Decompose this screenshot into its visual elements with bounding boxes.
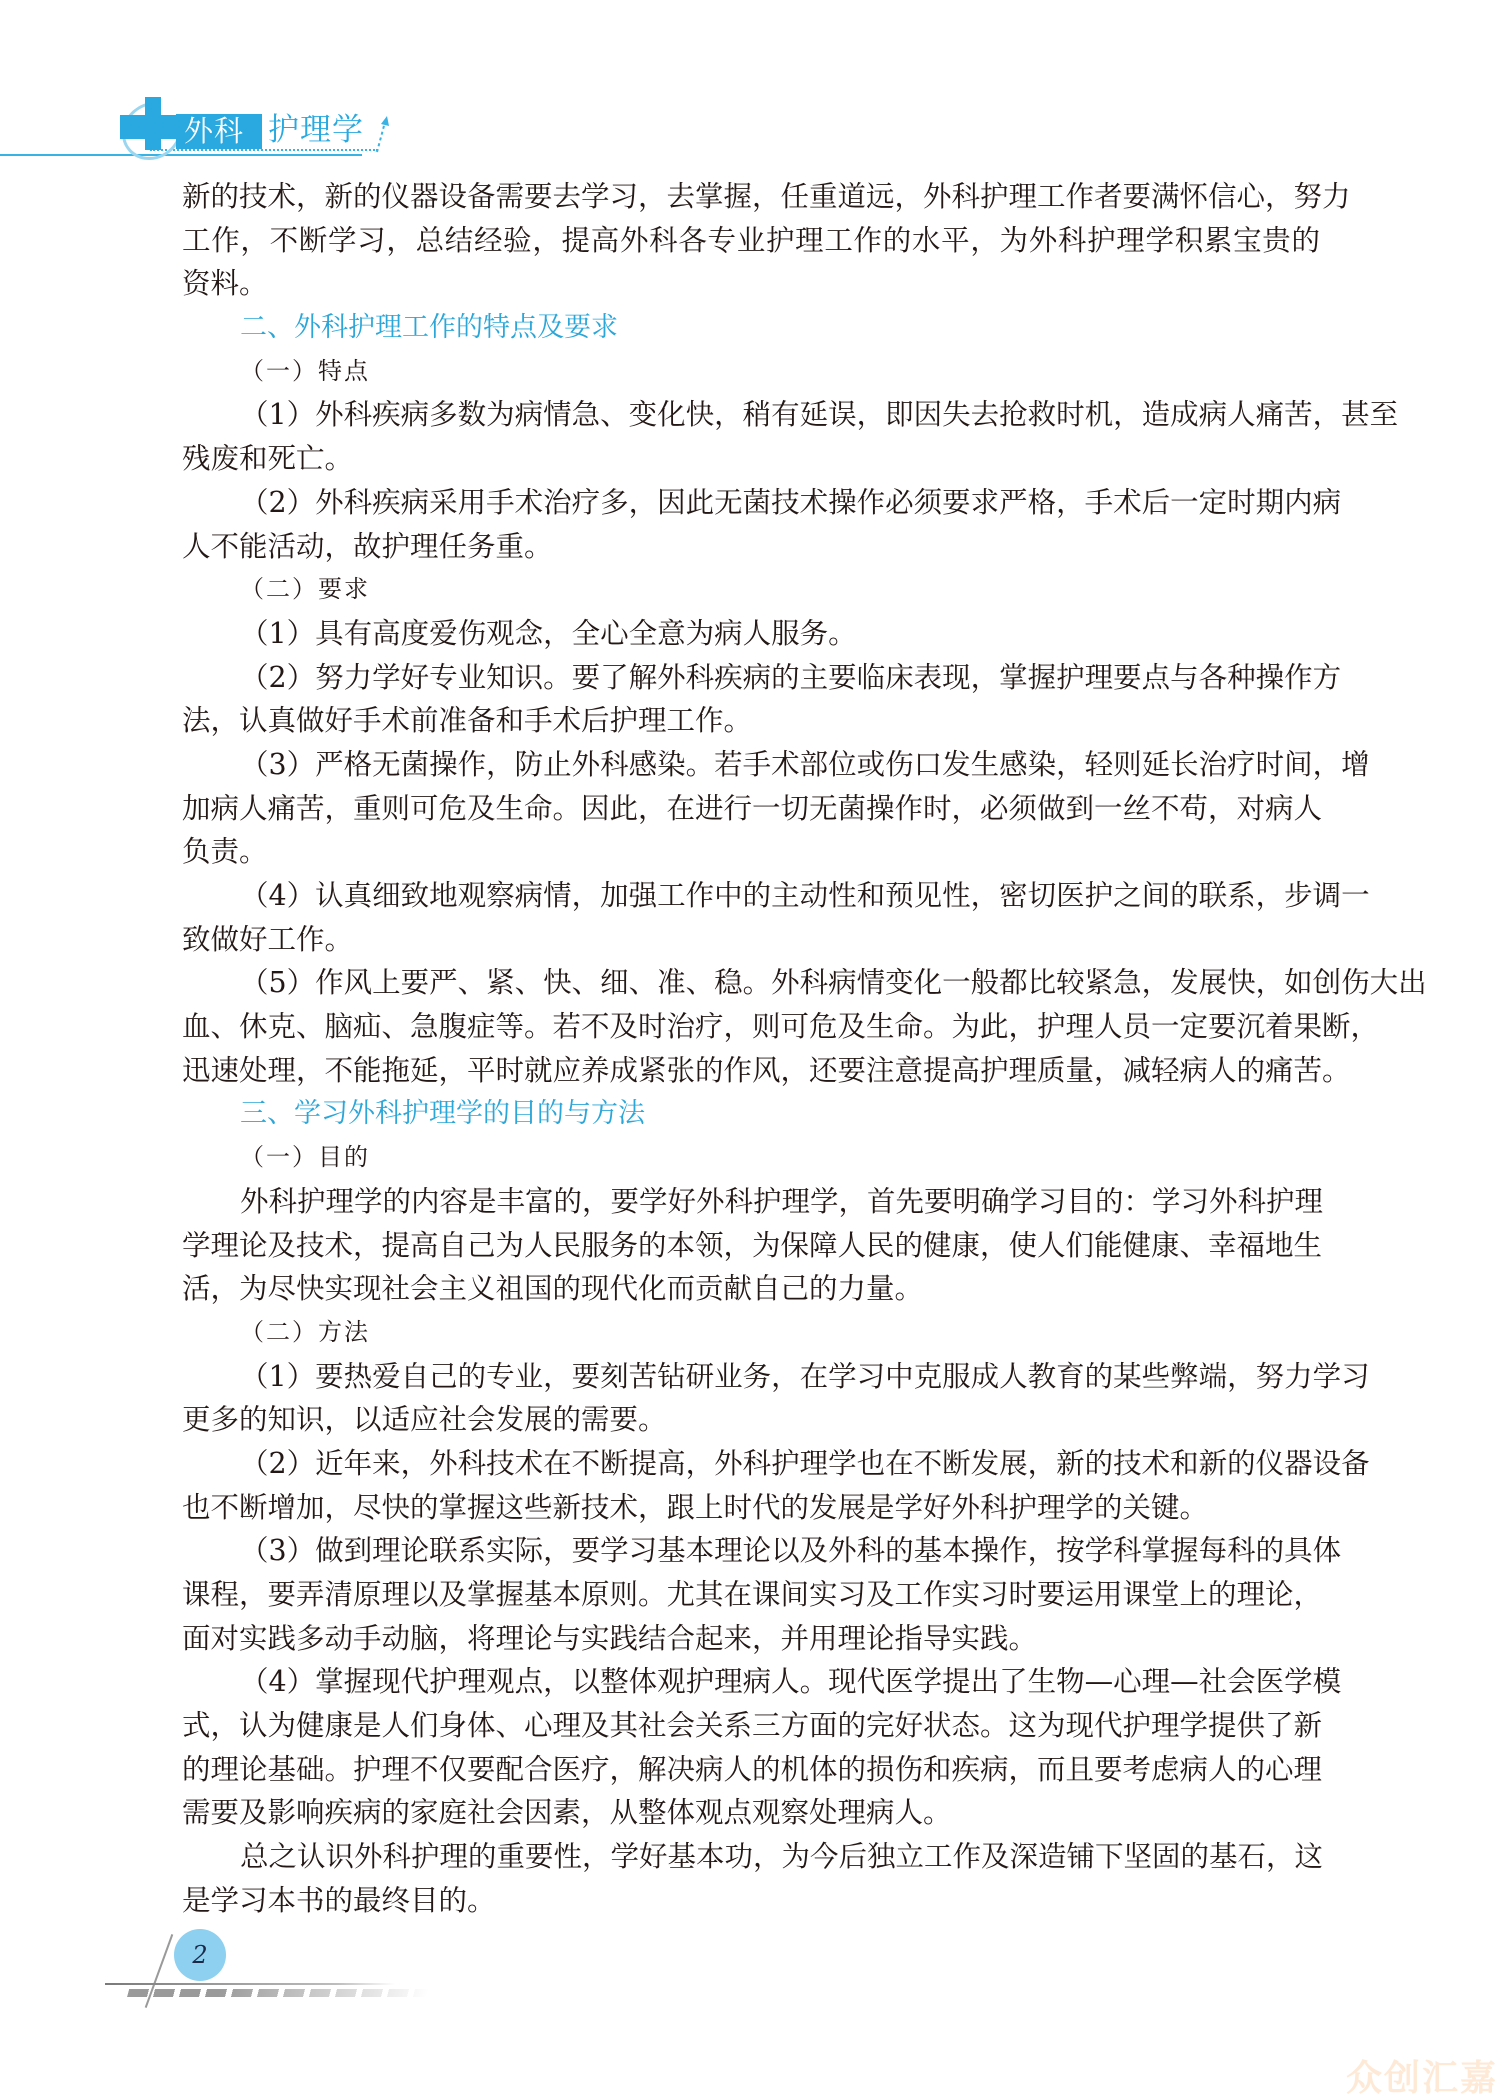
footer-rule	[105, 1983, 395, 1985]
paragraph-last-line: 是学习本书的最终目的。	[182, 1879, 1320, 1923]
paragraph-first-line: 总之认识外科护理的重要性，学好基本功，为今后独立工作及深造铺下坚固的基石，这	[182, 1835, 1320, 1879]
footer-dash-decoration	[127, 1989, 429, 1997]
paragraph-last-line: 资料。	[182, 262, 1320, 306]
text-line: 加病人痛苦，重则可危及生命。因此，在进行一切无菌操作时，必须做到一丝不苟，对病人	[182, 787, 1320, 831]
subsection-heading: （二）方法	[182, 1311, 1320, 1355]
subsection-heading: （一）目的	[182, 1136, 1320, 1180]
text-line: 课程，要弄清原理以及掌握基本原则。尤其在课间实习及工作实习时要运用课堂上的理论，	[182, 1573, 1320, 1617]
paragraph-last-line: 法，认真做好手术前准备和手术后护理工作。	[182, 699, 1320, 743]
paragraph-last-line: 残废和死亡。	[182, 437, 1320, 481]
paragraph-last-line: 面对实践多动手动脑，将理论与实践结合起来，并用理论指导实践。	[182, 1617, 1320, 1661]
page-body: 新的技术，新的仪器设备需要去学习，去掌握，任重道远，外科护理工作者要满怀信心，努…	[182, 175, 1320, 1923]
text-line: 血、休克、脑疝、急腹症等。若不及时治疗，则可危及生命。为此，护理人员一定要沉着果…	[182, 1005, 1320, 1049]
paragraph-first-line: （2）外科疾病采用手术治疗多，因此无菌技术操作必须要求严格，手术后一定时期内病	[182, 481, 1320, 525]
text-line: 工作，不断学习，总结经验，提高外科各专业护理工作的水平，为外科护理学积累宝贵的	[182, 219, 1320, 263]
paragraph-last-line: 人不能活动，故护理任务重。	[182, 525, 1320, 569]
header-rule	[0, 154, 362, 156]
section-heading: 二、外科护理工作的特点及要求	[182, 306, 1320, 350]
dotted-arrow-icon	[372, 114, 392, 154]
paragraph-first-line: （5）作风上要严、紧、快、细、准、稳。外科病情变化一般都比较紧急，发展快，如创伤…	[182, 961, 1320, 1005]
paragraph-first-line: （1）外科疾病多数为病情急、变化快，稍有延误，即因失去抢救时机，造成病人痛苦，甚…	[182, 393, 1320, 437]
paragraph-first-line: （4）认真细致地观察病情，加强工作中的主动性和预见性，密切医护之间的联系，步调一	[182, 874, 1320, 918]
paragraph-first-line: （1）具有高度爱伤观念，全心全意为病人服务。	[182, 612, 1320, 656]
paragraph-last-line: 更多的知识，以适应社会发展的需要。	[182, 1398, 1320, 1442]
paragraph-last-line: 需要及影响疾病的家庭社会因素，从整体观点观察处理病人。	[182, 1791, 1320, 1835]
running-header: 外科 护理学	[0, 0, 420, 170]
paragraph-last-line: 迅速处理，不能拖延，平时就应养成紧张的作风，还要注意提高护理质量，减轻病人的痛苦…	[182, 1049, 1320, 1093]
text-line: 式，认为健康是人们身体、心理及其社会关系三方面的完好状态。这为现代护理学提供了新	[182, 1704, 1320, 1748]
paragraph-last-line: 也不断增加，尽快的掌握这些新技术，跟上时代的发展是学好外科护理学的关键。	[182, 1486, 1320, 1530]
paragraph-first-line: （3）做到理论联系实际，要学习基本理论以及外科的基本操作，按学科掌握每科的具体	[182, 1529, 1320, 1573]
page-number: 2	[174, 1929, 226, 1981]
text-line: 学理论及技术，提高自己为人民服务的本领，为保障人民的健康，使人们能健康、幸福地生	[182, 1224, 1320, 1268]
paragraph-first-line: （4）掌握现代护理观点，以整体观护理病人。现代医学提出了生物—心理—社会医学模	[182, 1660, 1320, 1704]
paragraph-first-line: （3）严格无菌操作，防止外科感染。若手术部位或伤口发生感染，轻则延长治疗时间，增	[182, 743, 1320, 787]
text-line: 新的技术，新的仪器设备需要去学习，去掌握，任重道远，外科护理工作者要满怀信心，努…	[182, 175, 1320, 219]
paragraph-first-line: （2）努力学好专业知识。要了解外科疾病的主要临床表现，掌握护理要点与各种操作方	[182, 656, 1320, 700]
paragraph-first-line: （1）要热爱自己的专业，要刻苦钻研业务，在学习中克服成人教育的某些弊端，努力学习	[182, 1355, 1320, 1399]
paragraph-last-line: 负责。	[182, 830, 1320, 874]
paragraph-first-line: （2）近年来，外科技术在不断提高，外科护理学也在不断发展，新的技术和新的仪器设备	[182, 1442, 1320, 1486]
medical-cross-icon-bar	[120, 115, 182, 139]
paragraph-last-line: 致做好工作。	[182, 918, 1320, 962]
book-title-rest: 护理学	[268, 110, 364, 150]
section-heading: 三、学习外科护理学的目的与方法	[182, 1092, 1320, 1136]
subsection-heading: （一）特点	[182, 350, 1320, 394]
book-title-highlight: 外科	[184, 112, 244, 150]
paragraph-last-line: 活，为尽快实现社会主义祖国的现代化而贡献自己的力量。	[182, 1267, 1320, 1311]
subsection-heading: （二）要求	[182, 568, 1320, 612]
text-line: 的理论基础。护理不仅要配合医疗，解决病人的机体的损伤和疾病，而且要考虑病人的心理	[182, 1748, 1320, 1792]
paragraph-first-line: 外科护理学的内容是丰富的，要学好外科护理学，首先要明确学习目的：学习外科护理	[182, 1180, 1320, 1224]
watermark: 众创汇嘉	[1346, 2050, 1498, 2094]
